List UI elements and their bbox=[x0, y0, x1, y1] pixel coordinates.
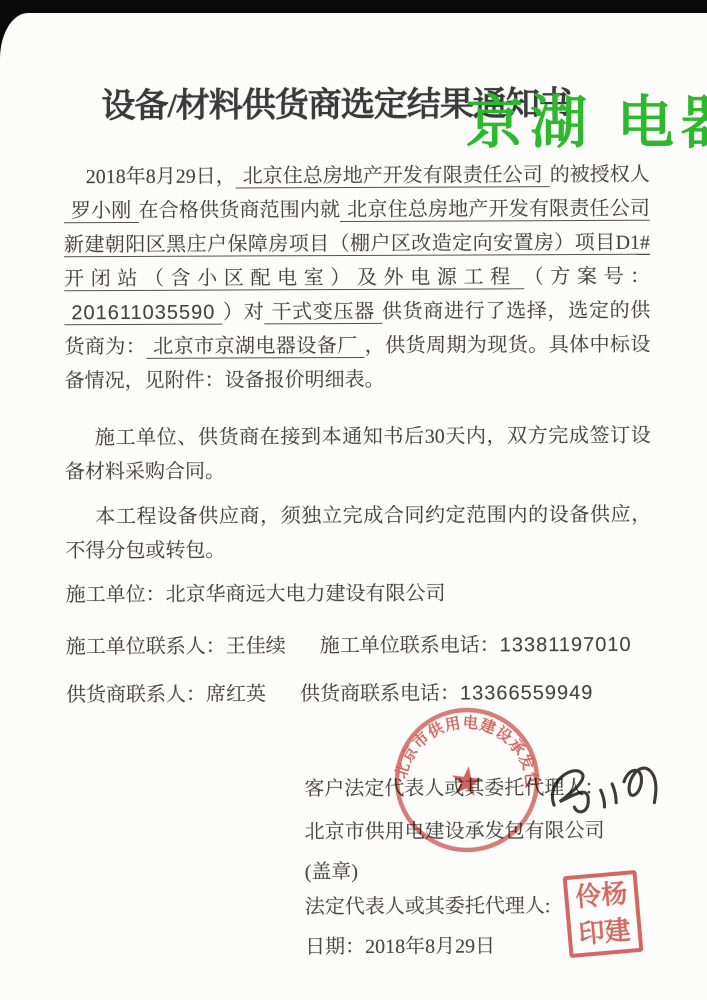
scanned-document: { "title": "设备/材料供货商选定结果通知书", "watermark… bbox=[0, 0, 707, 1000]
builder-company: 施工单位：北京华商远大电力建设有限公司 bbox=[65, 583, 445, 607]
star-icon: ★ bbox=[446, 757, 487, 806]
paragraph-contract-terms: 施工单位、供货商在接到本通知书后30天内，双方完成签订设备材料采购合同。 bbox=[65, 419, 651, 490]
document-content: 设备/材料供货商选定结果通知书 2018年8月29日，北京住总房地产开发有限责任… bbox=[0, 11, 707, 1000]
round-seal-graphic: 北京市供用电建设承发包有限公司 ★ bbox=[383, 696, 550, 863]
paragraph-no-subcontract: 本工程设备供应商，须独立完成合同约定范围内的设备供应，不得分包或转包。 bbox=[65, 498, 651, 569]
round-company-seal: 北京市供用电建设承发包有限公司 ★ bbox=[383, 696, 550, 863]
text-date-lead: 2018年8月29日， bbox=[86, 166, 236, 189]
text-authorized: 的被授权人 bbox=[550, 164, 650, 186]
blank-supplier-name: 北京市京湖电器设备厂 bbox=[146, 335, 365, 359]
text-scope: 在合格供货商范围内就 bbox=[138, 199, 340, 222]
supplier-contact-line: 供货商联系人：席红英供货商联系电话：13366559949 bbox=[66, 676, 652, 713]
supplier-phone-number: 13366559949 bbox=[460, 682, 593, 705]
builder-phone-label: 施工单位联系电话： bbox=[320, 634, 500, 657]
supplier-contact-person: 供货商联系人：席红英 bbox=[66, 683, 266, 706]
paragraph-intro: 2018年8月29日，北京住总房地产开发有限责任公司的被授权人罗小刚在合格供货商… bbox=[64, 158, 651, 399]
text-regarding: ）对 bbox=[222, 301, 264, 323]
document-page: 设备/材料供货商选定结果通知书 2018年8月29日，北京住总房地产开发有限责任… bbox=[0, 13, 707, 1000]
text-plan-no-label: （方案号： bbox=[524, 266, 651, 289]
square-seal-row-bottom: 印建 bbox=[570, 915, 638, 951]
blank-agent-name: 罗小刚 bbox=[64, 200, 139, 223]
square-seal-row-top: 伶杨 bbox=[567, 878, 635, 914]
green-watermark-text: 京湖 电器 bbox=[466, 77, 707, 159]
blank-client-company: 北京住总房地产开发有限责任公司 bbox=[236, 164, 550, 188]
builder-phone-number: 13381197010 bbox=[500, 634, 632, 657]
blank-equipment-type: 干式变压器 bbox=[264, 301, 382, 325]
blank-plan-number: 201611035590 bbox=[64, 302, 222, 326]
builder-line: 施工单位：北京华商远大电力建设有限公司 bbox=[65, 576, 651, 613]
square-name-seal: 伶杨 印建 bbox=[563, 870, 644, 958]
builder-contact-person: 施工单位联系人：王佳续 bbox=[66, 635, 286, 658]
handwritten-signature: 罗小刚 bbox=[541, 746, 683, 838]
builder-contact-line: 施工单位联系人：王佳续施工单位联系电话：13381197010 bbox=[66, 628, 652, 665]
